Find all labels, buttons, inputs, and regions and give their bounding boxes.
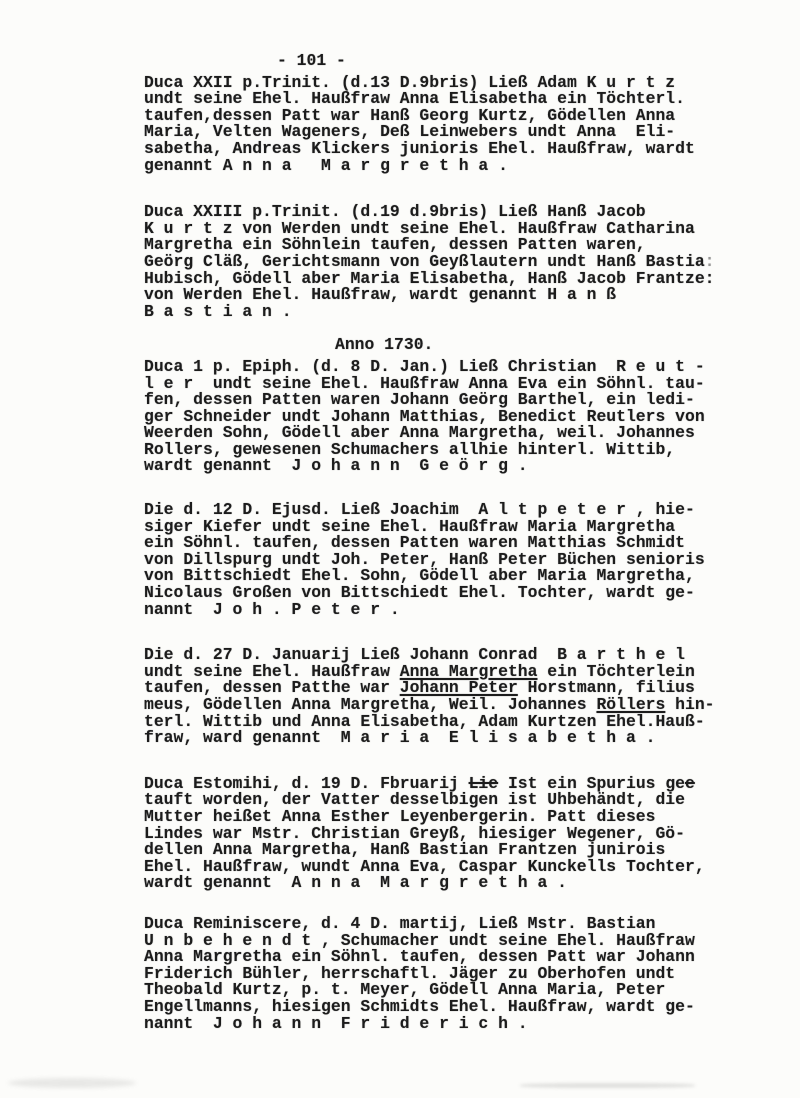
page-number: - 101 - [277,53,764,70]
text-line: wardt genannt J o h a n n G e ö r g . [144,458,764,475]
text-column: - 101 -Duca XXII p.Trinit. (d.13 D.9bris… [144,53,764,1032]
document-page: - 101 -Duca XXII p.Trinit. (d.13 D.9bris… [0,0,800,1098]
register-entry: Duca 1 p. Epiph. (d. 8 D. Jan.) Ließ Chr… [144,359,764,475]
register-entry: Duca XXIII p.Trinit. (d.19 d.9bris) Ließ… [144,204,764,320]
register-entry: Duca Reminiscere, d. 4 D. martij, Ließ M… [144,916,764,1032]
register-entry: Die d. 12 D. Ejusd. Ließ Joachim A l t p… [144,502,764,618]
register-entry: Duca Estomihi, d. 19 D. Fbruarij Lie Ist… [144,776,764,892]
scan-smudge [8,1078,136,1088]
register-entry: Duca XXII p.Trinit. (d.13 D.9bris) Ließ … [144,75,764,175]
anno-heading: Anno 1730. [335,337,764,354]
text-line: B a s t i a n . [144,304,764,321]
text-line: wardt genannt A n n a M a r g r e t h a … [144,875,764,892]
text-line: nannt J o h a n n F r i d e r i c h . [144,1016,764,1033]
register-entry: Die d. 27 D. Januarij Ließ Johann Conrad… [144,647,764,747]
text-line: fraw, ward genannt M a r i a E l i s a b… [144,730,764,747]
text-line: genannt A n n a M a r g r e t h a . [144,158,764,175]
text-line: nannt J o h . P e t e r . [144,602,764,619]
scan-smudge [520,1083,695,1088]
